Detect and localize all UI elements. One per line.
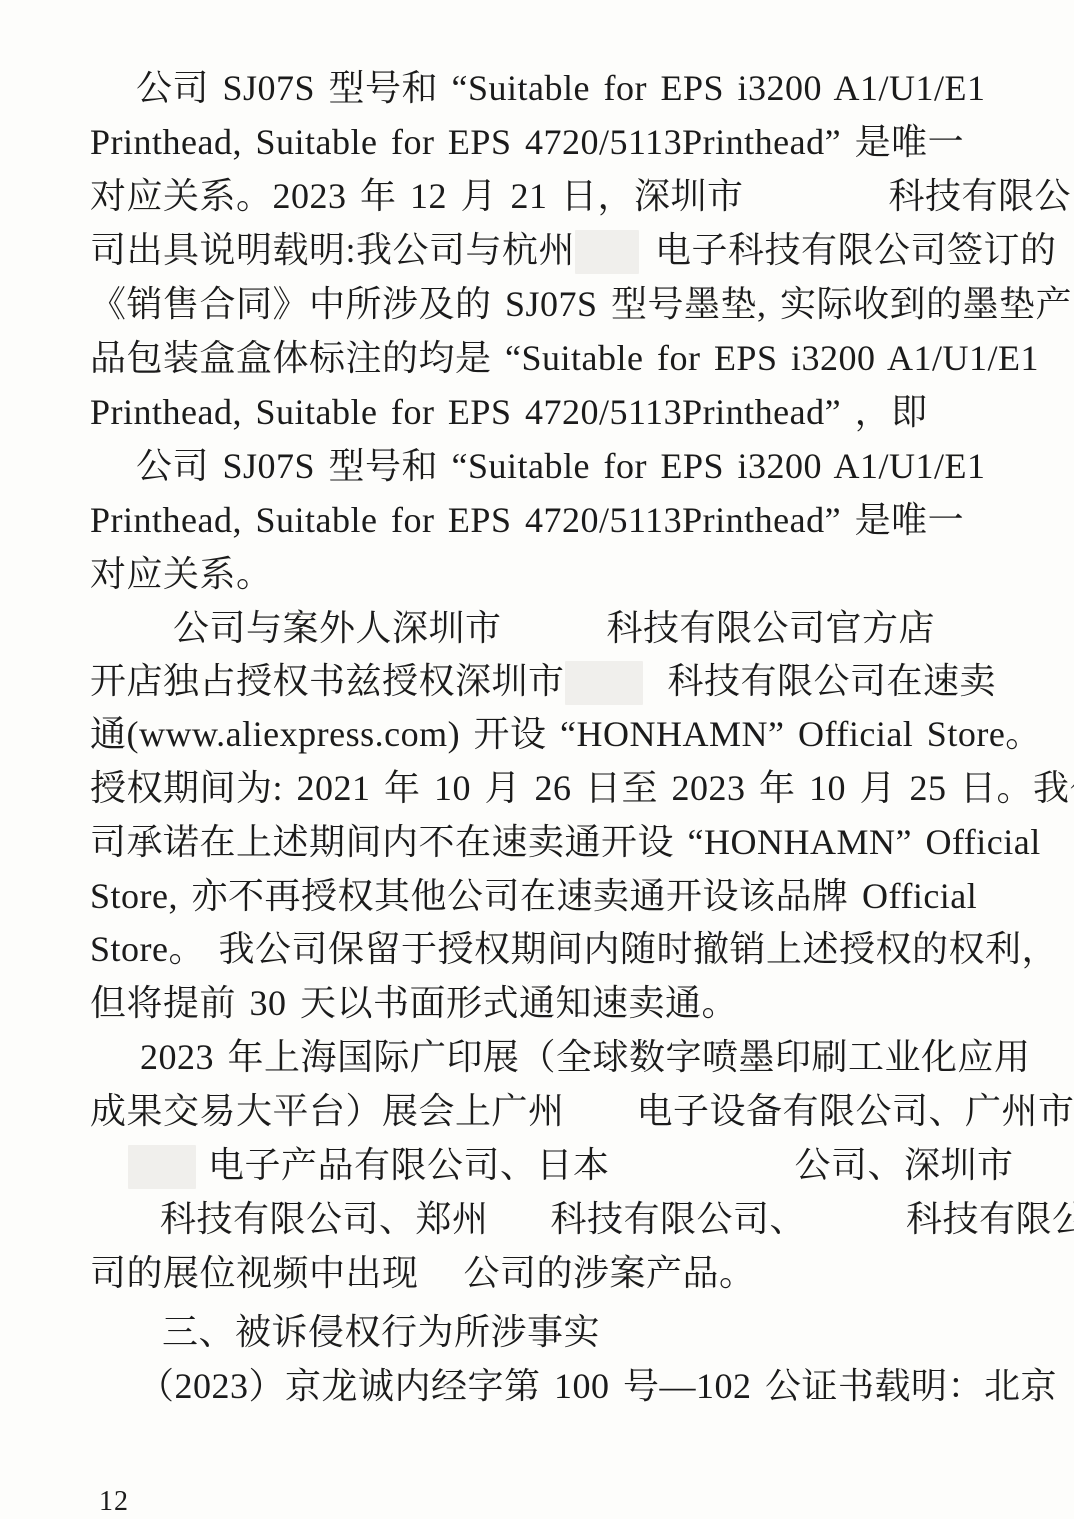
text-line: 但将提前 30 天以书面形式通知速卖通。 — [90, 977, 738, 1031]
redacted-gap — [90, 1067, 140, 1069]
text-line: 对应关系。2023 年 12 月 21 日，深圳市科技有限公 — [90, 170, 1071, 224]
redacted-gap — [639, 260, 655, 262]
text-line: 《销售合同》中所涉及的 SJ07S 型号墨垫, 实际收到的墨垫产 — [90, 278, 1072, 332]
text-segment: 公司 SJ07S 型号和 “Suitable for EPS i3200 A1/… — [136, 68, 986, 108]
text-line: 科技有限公司、郑州科技有限公司、科技有限公 — [90, 1193, 1074, 1247]
text-segment: Printhead, Suitable for EPS 4720/5113Pri… — [90, 122, 964, 162]
text-line: 司出具说明载明:我公司与杭州电子科技有限公司签订的 — [90, 224, 1057, 278]
redaction-box — [565, 661, 643, 705]
text-line: 对应关系。 — [90, 548, 273, 602]
text-segment: 《销售合同》中所涉及的 SJ07S 型号墨垫, 实际收到的墨垫产 — [90, 284, 1072, 324]
text-segment: Store。 我公司保留于授权期间内随时撤销上述授权的权利， — [90, 929, 1058, 969]
redacted-gap — [643, 691, 668, 693]
text-segment: 科技有限公司、郑州 — [160, 1199, 489, 1239]
redacted-gap — [744, 206, 889, 208]
text-segment: 公司的涉案产品。 — [464, 1253, 756, 1293]
text-line: 公司 SJ07S 型号和 “Suitable for EPS i3200 A1/… — [90, 62, 986, 116]
page-number: 12 — [99, 1486, 129, 1518]
text-segment: 科技有限公司、 — [551, 1199, 807, 1239]
text-segment: 开店独占授权书兹授权深圳市 — [90, 661, 565, 701]
text-line: 三、被诉侵权行为所涉事实 — [90, 1306, 600, 1360]
text-segment: 电子设备有限公司、广州市 — [637, 1091, 1074, 1131]
redacted-gap — [90, 1229, 160, 1231]
text-segment: 公司、深圳市 — [795, 1145, 1014, 1185]
text-line: 司承诺在上述期间内不在速卖通开设 “HONHAMN” Official — [90, 816, 1041, 870]
text-segment: 成果交易大平台）展会上广州 — [90, 1091, 565, 1131]
document-page: 公司 SJ07S 型号和 “Suitable for EPS i3200 A1/… — [0, 0, 1074, 1519]
text-segment: 科技有限公 — [889, 176, 1072, 216]
text-segment: 但将提前 30 天以书面形式通知速卖通。 — [90, 983, 738, 1023]
text-line: 司的展位视频中出现公司的涉案产品。 — [90, 1247, 756, 1301]
text-line: 电子产品有限公司、日本公司、深圳市 — [90, 1139, 1014, 1193]
text-line: Printhead, Suitable for EPS 4720/5113Pri… — [90, 494, 964, 548]
text-segment: Printhead, Suitable for EPS 4720/5113Pri… — [90, 500, 964, 540]
text-segment: 司出具说明载明:我公司与杭州 — [90, 230, 575, 270]
text-line: 授权期间为: 2021 年 10 月 26 日至 2023 年 10 月 25 … — [90, 762, 1074, 816]
redacted-gap — [489, 1229, 551, 1231]
redacted-gap — [565, 1121, 637, 1123]
text-segment: 科技有限公司在速卖 — [668, 661, 997, 701]
redacted-gap — [90, 1175, 128, 1177]
text-segment: 品包装盒盒体标注的均是 “Suitable for EPS i3200 A1/U… — [90, 338, 1039, 378]
redacted-gap — [90, 476, 136, 478]
text-segment: 授权期间为: 2021 年 10 月 26 日至 2023 年 10 月 25 … — [90, 768, 1074, 808]
redaction-box — [128, 1145, 196, 1189]
text-segment: （2023）京龙诚内经字第 100 号—102 公证书载明：北京 — [138, 1366, 1057, 1406]
text-line: 公司与案外人深圳市科技有限公司官方店 — [90, 602, 935, 656]
text-line: Store。 我公司保留于授权期间内随时撤销上述授权的权利， — [90, 923, 1058, 977]
text-line: Store, 亦不再授权其他公司在速卖通开设该品牌 Official — [90, 870, 977, 924]
text-segment: 公司与案外人深圳市 — [173, 608, 502, 648]
text-line: Printhead, Suitable for EPS 4720/5113Pri… — [90, 386, 928, 440]
text-segment: Printhead, Suitable for EPS 4720/5113Pri… — [90, 392, 928, 432]
text-line: 通(www.aliexpress.com) 开设 “HONHAMN” Offic… — [90, 708, 1042, 762]
redacted-gap — [196, 1175, 208, 1177]
redaction-box — [575, 230, 639, 274]
text-segment: 公司 SJ07S 型号和 “Suitable for EPS i3200 A1/… — [136, 446, 986, 486]
text-line: （2023）京龙诚内经字第 100 号—102 公证书载明：北京 — [90, 1360, 1057, 1414]
redacted-gap — [502, 638, 607, 640]
text-line: 2023 年上海国际广印展（全球数字喷墨印刷工业化应用 — [90, 1031, 1031, 1085]
text-line: 开店独占授权书兹授权深圳市科技有限公司在速卖 — [90, 655, 996, 709]
text-segment: 对应关系。 — [90, 554, 273, 594]
text-segment: 通(www.aliexpress.com) 开设 “HONHAMN” Offic… — [90, 714, 1042, 754]
redacted-gap — [90, 1396, 138, 1398]
text-line: 公司 SJ07S 型号和 “Suitable for EPS i3200 A1/… — [90, 440, 986, 494]
redacted-gap — [806, 1229, 906, 1231]
redacted-gap — [90, 638, 173, 640]
text-segment: 对应关系。2023 年 12 月 21 日，深圳市 — [90, 176, 744, 216]
text-line: 成果交易大平台）展会上广州电子设备有限公司、广州市 — [90, 1085, 1074, 1139]
text-segment: 司的展位视频中出现 — [90, 1253, 419, 1293]
redacted-gap — [610, 1175, 795, 1177]
text-segment: 电子科技有限公司签订的 — [655, 230, 1057, 270]
text-segment: 科技有限公司官方店 — [607, 608, 936, 648]
text-segment: 电子产品有限公司、日本 — [208, 1145, 610, 1185]
redacted-gap — [90, 98, 136, 100]
text-line: Printhead, Suitable for EPS 4720/5113Pri… — [90, 116, 964, 170]
redacted-gap — [90, 1342, 162, 1344]
text-line: 品包装盒盒体标注的均是 “Suitable for EPS i3200 A1/U… — [90, 332, 1039, 386]
text-segment: 三、被诉侵权行为所涉事实 — [162, 1312, 600, 1352]
redacted-gap — [419, 1283, 464, 1285]
text-segment: 科技有限公 — [906, 1199, 1074, 1239]
text-segment: Store, 亦不再授权其他公司在速卖通开设该品牌 Official — [90, 876, 977, 916]
text-segment: 2023 年上海国际广印展（全球数字喷墨印刷工业化应用 — [140, 1037, 1031, 1077]
text-segment: 司承诺在上述期间内不在速卖通开设 “HONHAMN” Official — [90, 822, 1041, 862]
